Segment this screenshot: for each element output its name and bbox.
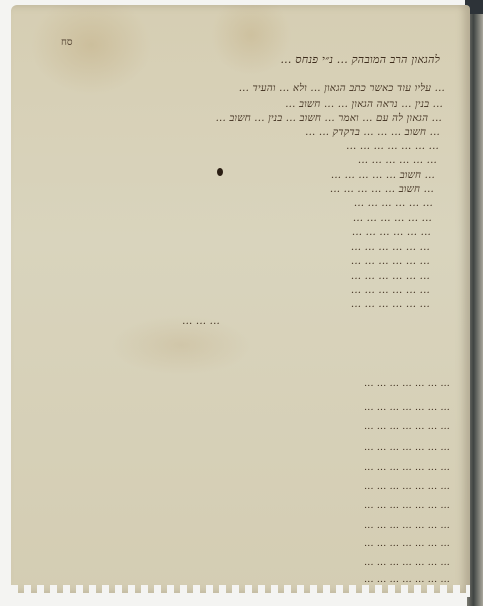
text-line: ... ... ... ... ... ...: [351, 285, 430, 296]
text-line: ... בנין ... נראה הגאון ... ... חשוב ...: [285, 99, 443, 110]
text-line: ... ... ... ... ... ... ...: [364, 402, 450, 413]
torn-bottom-edge: [11, 585, 470, 597]
text-line: ... ... ... ... ... ...: [351, 256, 430, 267]
heading-line: להגאון הרב המובהק ... נ״י פנחס ...: [280, 53, 440, 66]
text-line: ... ... ... ... ... ...: [358, 155, 437, 166]
manuscript-page: סח להגאון הרב המובהק ... נ״י פנחס ... ..…: [11, 5, 470, 593]
text-line: ... ... ... ... ... ... ...: [364, 481, 450, 492]
text-line: ... ... ... ... ... ...: [351, 242, 430, 253]
text-line: ... עליו עוד כאשר כתב הגאון ... ולא ... …: [239, 83, 445, 94]
text-line: ... ... ... ... ... ... ...: [346, 141, 439, 152]
text-line: ... ... ... ... ... ... ...: [364, 574, 450, 585]
ink-blot: [217, 168, 223, 176]
text-line: ... ... ... ... ... ... ...: [364, 421, 450, 432]
text-line: ... ... ... ... ... ...: [352, 227, 431, 238]
text-line: ... ... ... ... ... ...: [351, 271, 430, 282]
lower-text-block: ... ... ... ... ... ... ... ... ... ... …: [11, 365, 470, 565]
text-line: ... ... ... ... ... ... ...: [364, 557, 450, 568]
text-line: ... חשוב ... ... ... בדקדק ... ...: [305, 127, 440, 138]
text-line: ... ... ... ... ... ...: [351, 299, 430, 310]
text-line: ... ... ... ... ... ...: [353, 213, 432, 224]
text-line: ... ... ... ... ... ... ...: [364, 442, 450, 453]
text-line: ... ... ... ... ... ...: [354, 198, 433, 209]
text-line: ... ... ... ... ... ... ...: [364, 378, 450, 389]
upper-text-block: להגאון הרב המובהק ... נ״י פנחס ... ... ע…: [11, 5, 470, 335]
text-line: ... חשוב ... ... ... ... ...: [330, 184, 434, 195]
text-line: ... ... ... ... ... ... ...: [364, 520, 450, 531]
text-line: ... הגאון לה עם ... ואמר ... חשוב ... בנ…: [216, 113, 442, 124]
text-line: ... ... ... ... ... ... ...: [364, 538, 450, 549]
signature-line: ... ... ...: [182, 316, 220, 327]
text-line: ... ... ... ... ... ... ...: [364, 462, 450, 473]
text-line: ... חשוב ... ... ... ... ...: [331, 170, 435, 181]
text-line: ... ... ... ... ... ... ...: [364, 500, 450, 511]
